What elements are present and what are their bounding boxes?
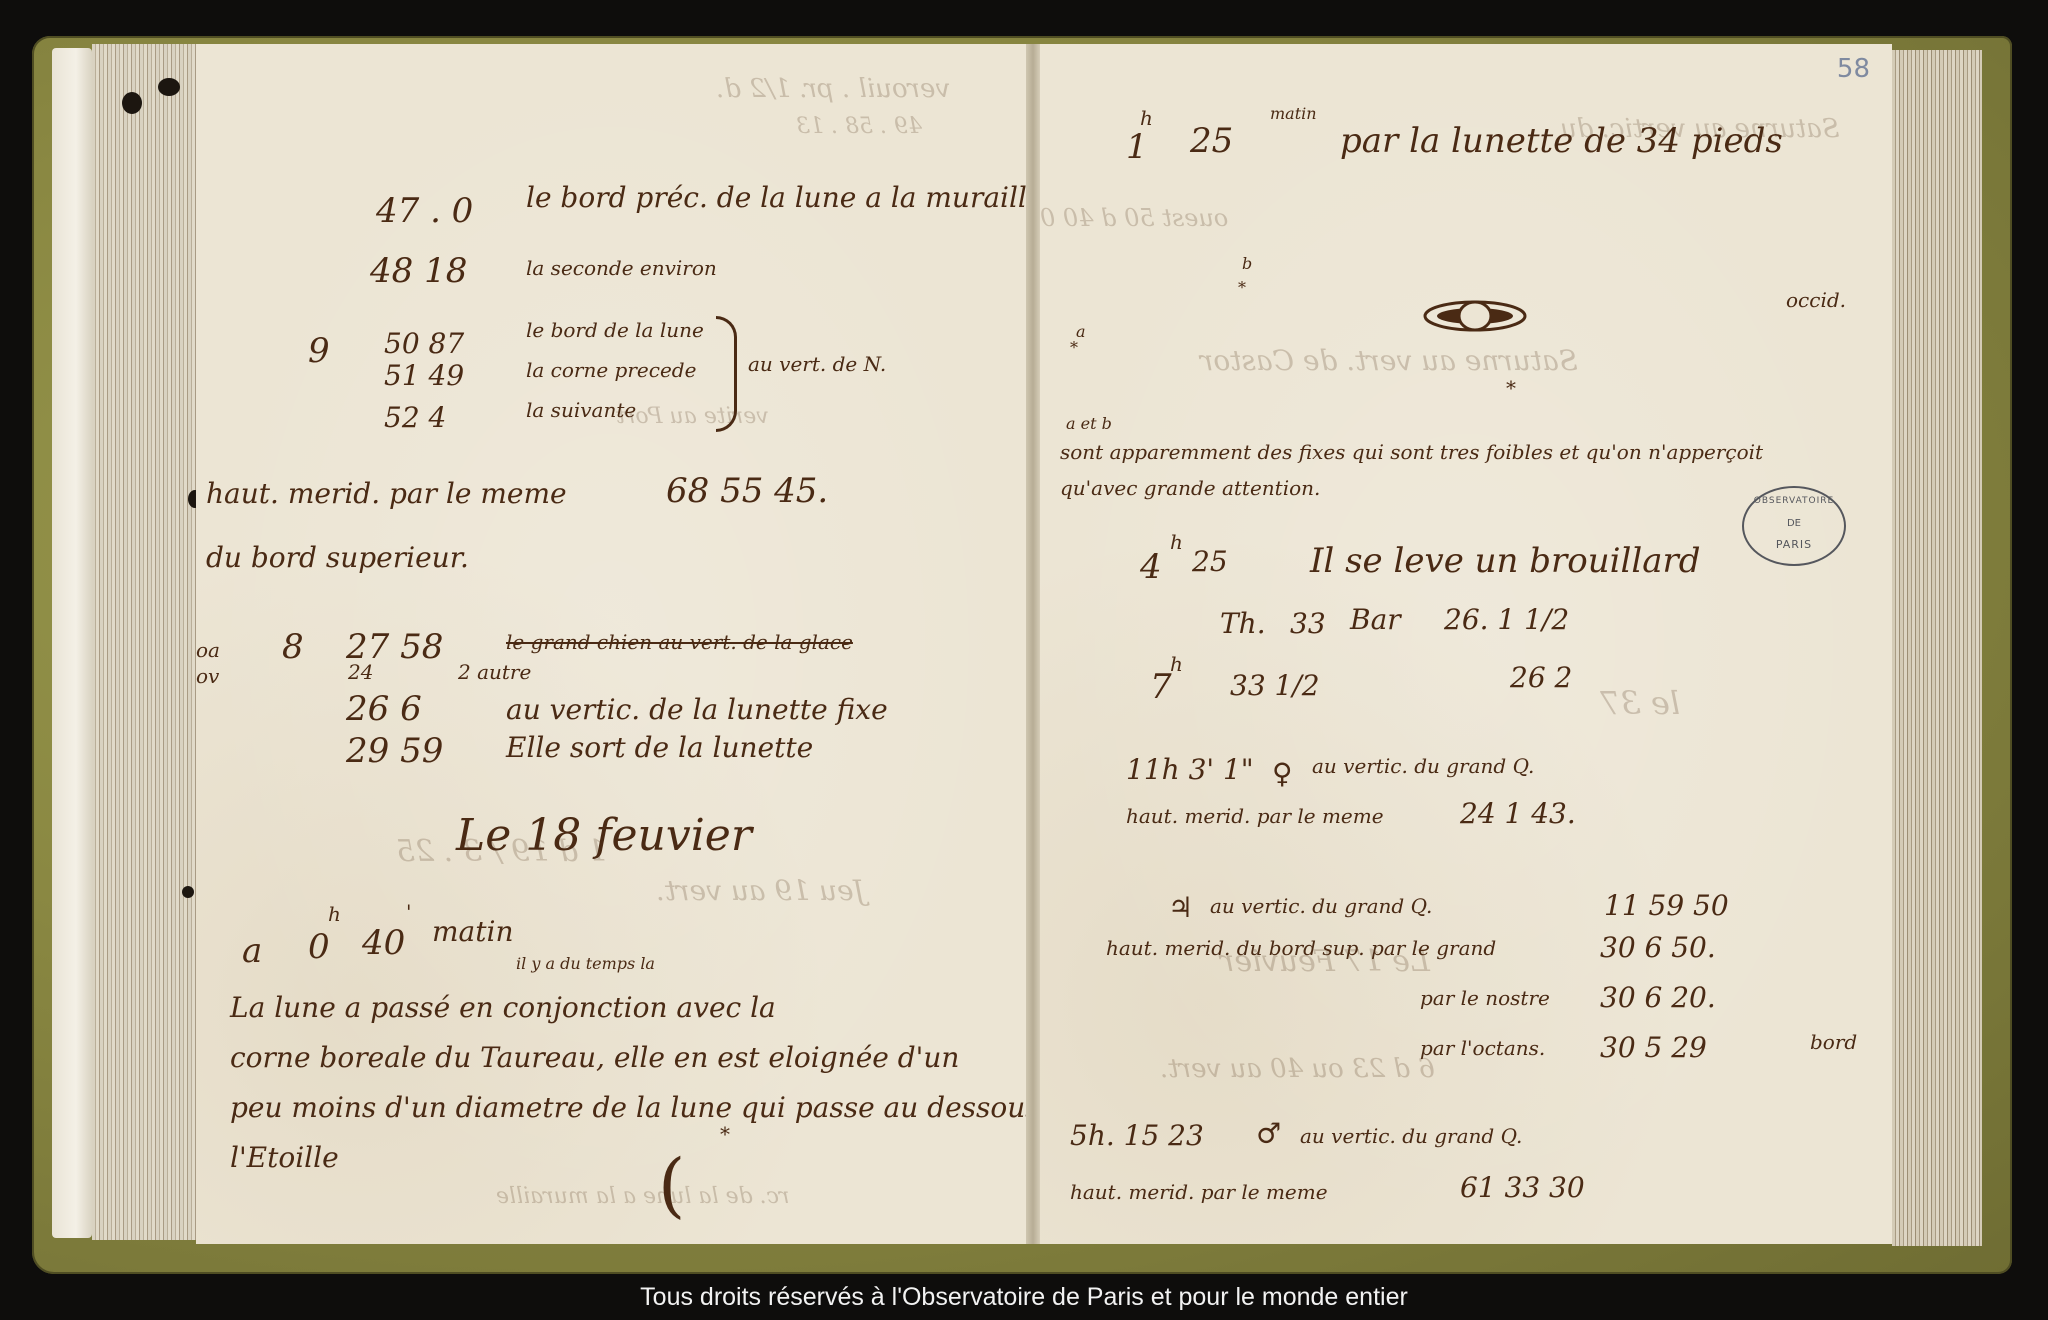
saturn-sketch-icon [1420,294,1530,342]
time-hour-sup: h [328,904,341,924]
star-icon: * [1070,340,1078,356]
stamp-middle-text: DE [1744,518,1844,529]
time-note: matin [1270,106,1317,122]
ink-blot [182,886,194,898]
time-hour: 0 [308,930,330,964]
star-note-line: qu'avec grande attention. [1060,478,1320,498]
observation-time: 11h 3' 1" [1126,756,1254,784]
meridian-height-values: 30 6 20. [1600,984,1716,1012]
time-minutes-sup: ' [406,902,412,922]
barometer-value: 26. 1 1/2 [1444,606,1569,634]
meridian-height-values: 61 33 30 [1460,1174,1585,1202]
copyright-caption: Tous droits réservés à l'Observatoire de… [0,1283,2048,1312]
meridian-height-label: par le nostre [1420,988,1550,1008]
note-text: au vertic. de la lunette fixe [506,696,888,724]
meridian-height-sub: du bord superieur. [206,544,469,572]
folio-number: 58 [1837,54,1870,84]
page-stack-right [1892,50,1982,1246]
observatoire-stamp: OBSERVATOIRE DE PARIS [1742,486,1846,566]
insertion-note: il y a du temps la [516,956,655,972]
reading-number: 26 6 [346,692,422,726]
reading-number: 52 4 [384,404,446,432]
margin-prefix: oa [196,640,220,660]
thermometer-value: 33 [1290,610,1326,638]
time-hour-sup: h [1140,108,1153,128]
page-stack-left [92,44,196,1240]
reading-number: 50 87 [384,330,464,358]
meridian-height-values: 30 6 50. [1600,934,1716,962]
star-icon: * [1506,378,1516,398]
meridian-height-values: 24 1 43. [1460,800,1576,828]
reading-number: 24 [348,662,373,682]
date-heading: Le 18 feuvier [456,814,752,858]
meridian-height-values: 30 5 29 [1600,1034,1707,1062]
note-text: la suivante [526,400,636,420]
meridian-height-label: haut. merid. par le meme [1126,806,1384,826]
meridian-height-label: haut. merid. par le meme [1070,1182,1328,1202]
note-text: Elle sort de la lunette [506,734,813,762]
star-icon: * [1238,280,1246,296]
hour-number: 8 [282,630,304,664]
book-gutter [1026,44,1040,1244]
star-label-b: b [1242,256,1252,272]
meridian-height-note: bord [1810,1032,1857,1052]
time-minutes: 25 [1192,548,1228,576]
direction-label: occid. [1786,290,1846,310]
moon-sketch-icon: ( [658,1150,685,1220]
mars-symbol-icon: ♂ [1256,1120,1281,1148]
note-text: le grand chien au vert. de la glace [506,632,853,652]
thermometer-value: 33 1/2 [1230,672,1320,700]
meridian-height-label: par l'octans. [1420,1038,1545,1058]
meridian-height-label: haut. merid. du bord sup. par le grand [1106,938,1496,958]
paragraph-line: peu moins d'un diametre de la lune qui p… [230,1094,1083,1122]
header-text: par la lunette de 34 pieds [1340,124,1783,158]
note-text: le bord de la lune [526,320,704,340]
reading-number: 51 49 [384,362,464,390]
time-minutes: 25 [1190,124,1233,158]
weather-note: Il se leve un brouillard [1310,544,1701,578]
time-hour: 1 [1126,130,1148,164]
observation-text: au vertic. du grand Q. [1312,756,1534,776]
time-hour-sup: h [1170,532,1183,552]
paragraph-line: La lune a passé en conjonction avec la [230,994,776,1022]
time-hour: 4 [1140,550,1162,584]
time-label: matin [432,918,513,946]
note-text: 2 autre [458,662,531,682]
note-text: la corne precede [526,360,696,380]
brace-label: au vert. de N. [748,354,886,374]
note-text: la seconde environ [526,258,717,278]
observation-time: 5h. 15 23 [1070,1122,1204,1150]
barometer-value: 26 2 [1510,664,1572,692]
observation-values: 11 59 50 [1604,892,1729,920]
star-note-sup: a et b [1066,416,1112,432]
reading-number: 47 . 0 [376,194,473,228]
reading-number: 48 18 [370,254,467,288]
time-hour-sup: h [1170,654,1183,674]
meridian-height-values: 68 55 45. [666,474,828,508]
note-text: le bord préc. de la lune a la muraille [526,184,1043,212]
time-prefix: a [242,934,262,968]
thermometer-label: Th. [1220,610,1266,638]
meridian-height-label: haut. merid. par le meme [206,480,567,508]
observation-text: au vertic. du grand Q. [1210,896,1432,916]
paragraph-line: corne boreale du Taureau, elle en est el… [230,1044,959,1072]
stamp-arc-text: OBSERVATOIRE [1744,496,1844,506]
book-edge [52,48,92,1238]
time-minutes: 40 [362,926,405,960]
paragraph-line: l'Etoille [230,1144,339,1172]
jupiter-symbol-icon: ♃ [1168,894,1193,922]
margin-prefix: ov [196,666,219,686]
venus-symbol-icon: ♀ [1272,760,1292,788]
reading-number: 29 59 [346,734,443,768]
brace-mark [716,316,737,432]
star-note-line: sont apparemment des fixes qui sont tres… [1060,442,1763,462]
stamp-bottom-text: PARIS [1744,538,1844,551]
left-page: verouil . pr. 1/2 d. 49 . 58 . 13 verite… [196,44,1026,1244]
ink-blot [158,78,180,96]
reading-number: 27 58 [346,630,443,664]
right-page: 58 Saturne au vertic. du ouest 50 d 40 0… [1040,44,1892,1244]
barometer-label: Bar [1350,606,1401,634]
ink-blot [122,92,142,114]
time-hour: 7 [1150,670,1172,704]
hour-number: 9 [308,334,330,368]
observation-text: au vertic. du grand Q. [1300,1126,1522,1146]
star-sketch-icon: * [720,1124,730,1144]
